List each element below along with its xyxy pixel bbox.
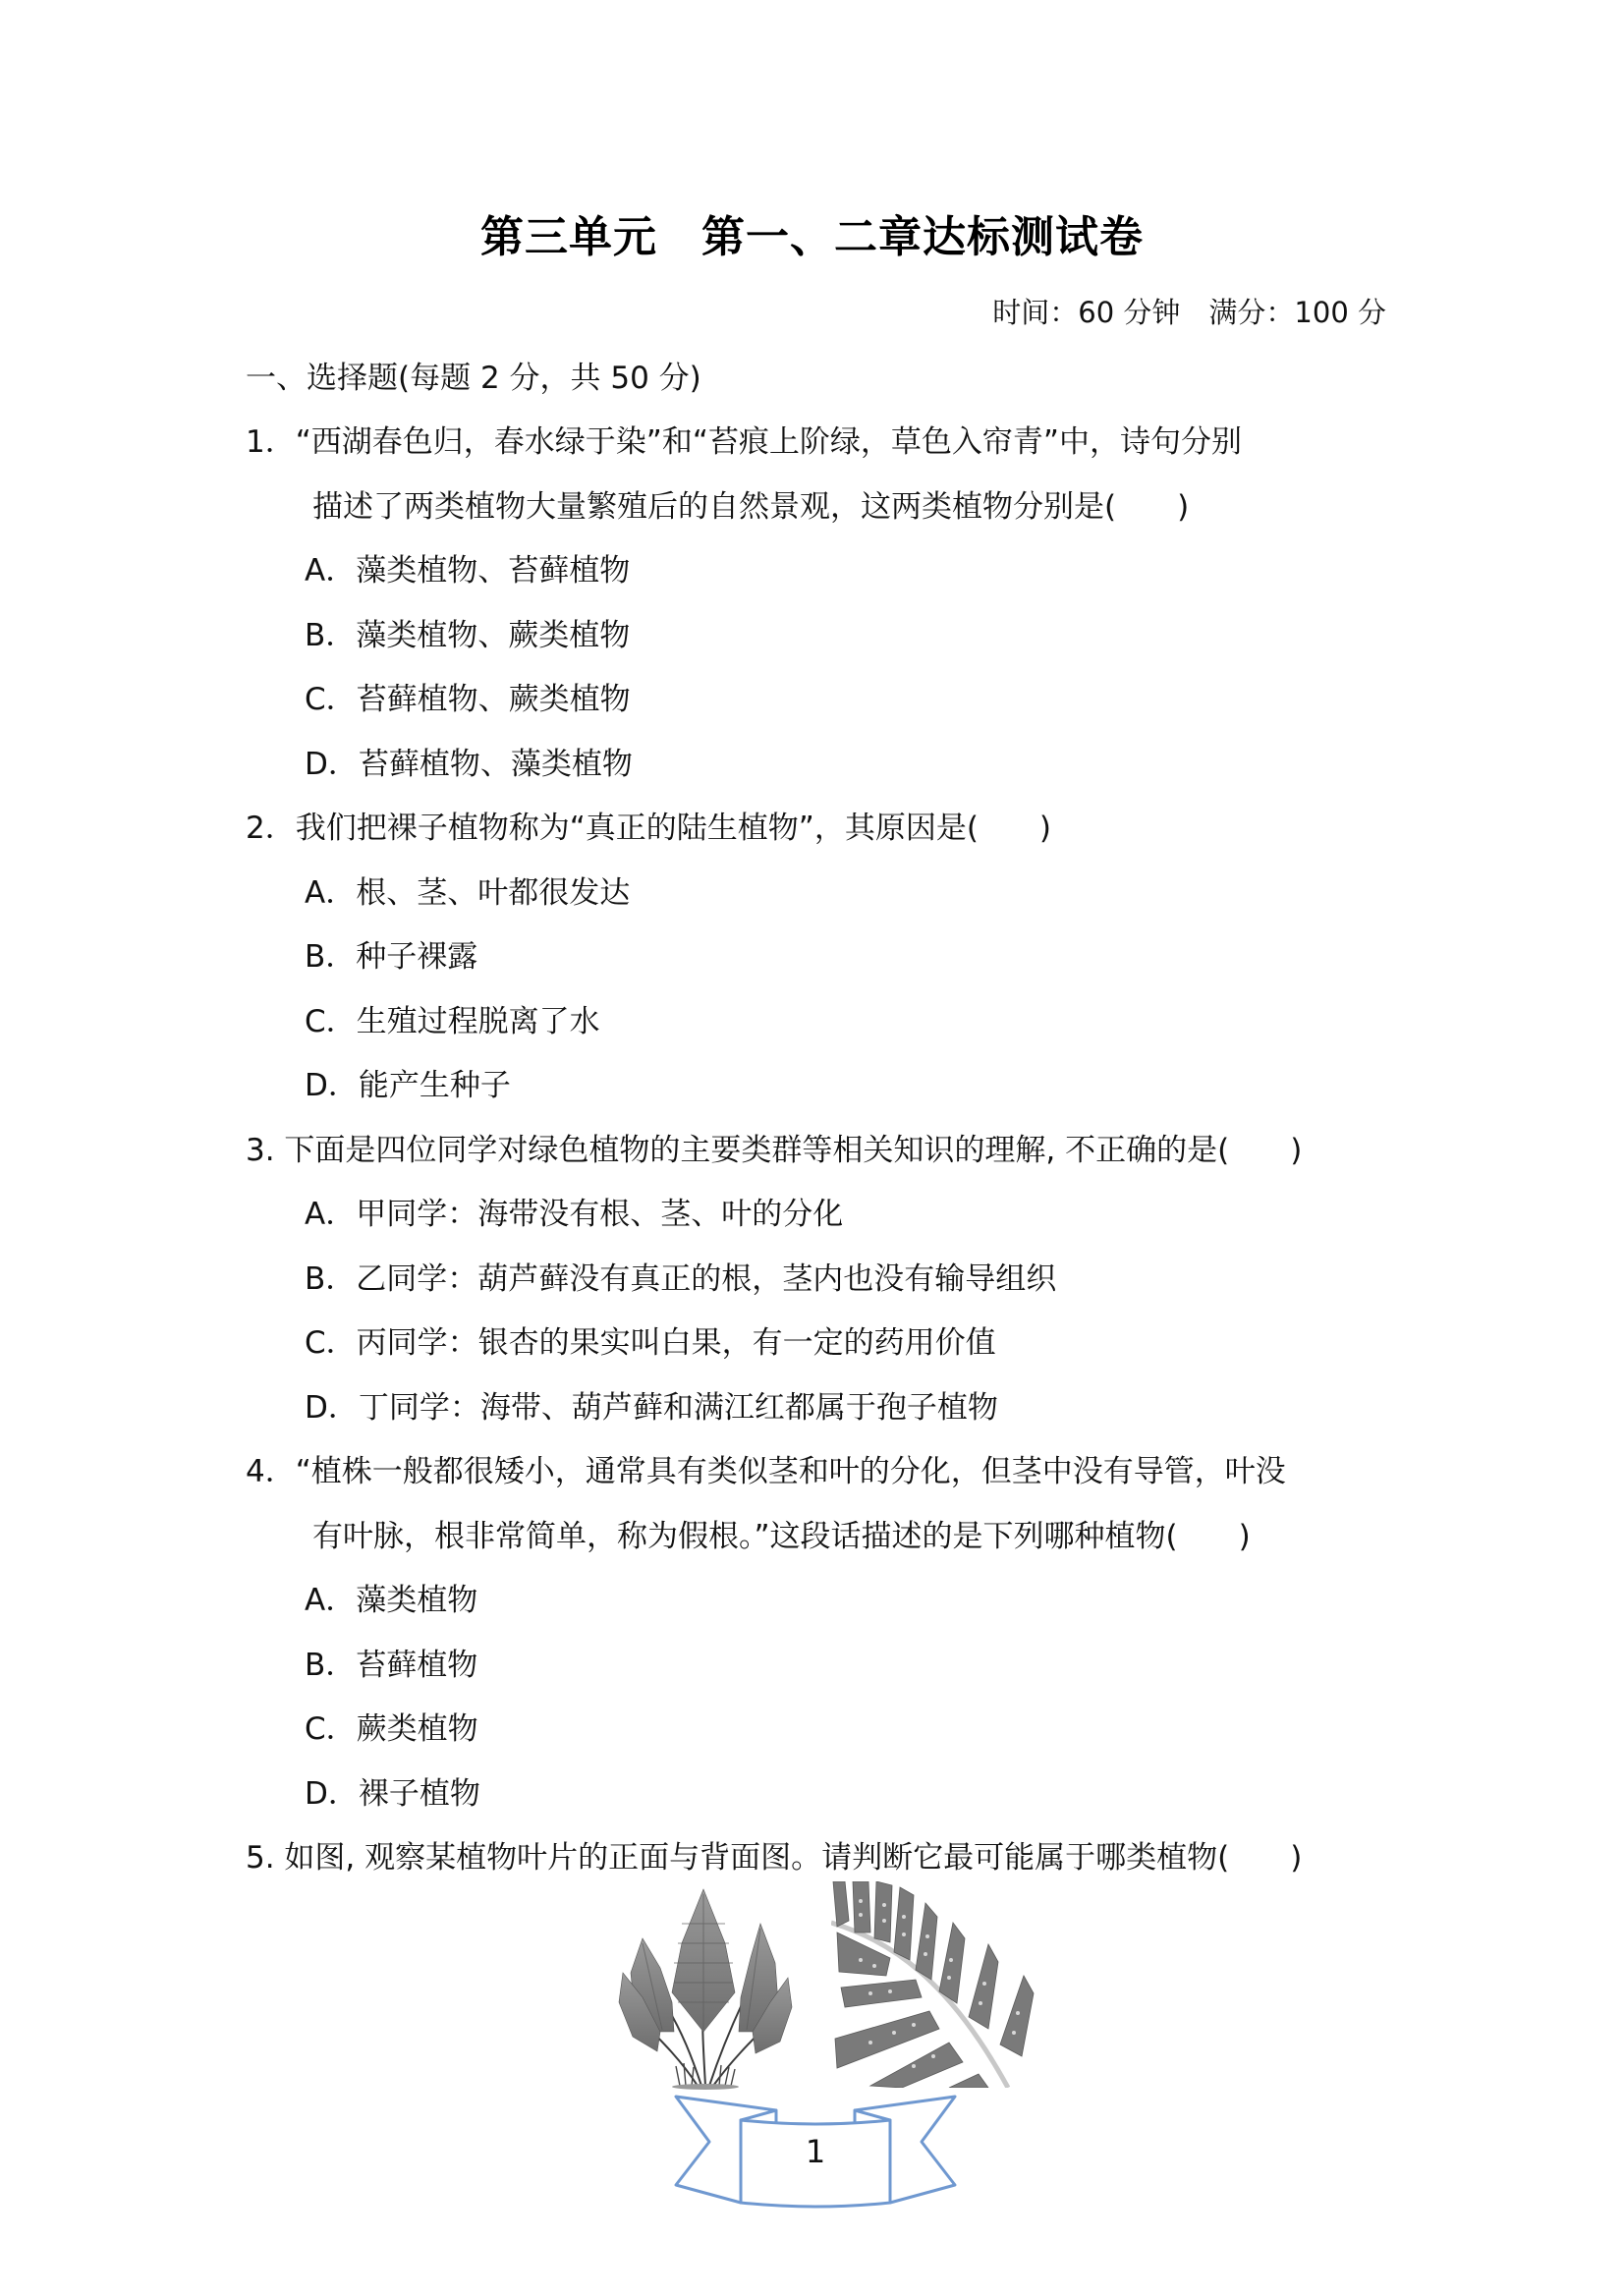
question-3-option-c[interactable]: C．丙同学：银杏的果实叫白果，有一定的药用价值 — [305, 1321, 996, 1365]
question-3-option-a[interactable]: A．甲同学：海带没有根、茎、叶的分化 — [305, 1193, 843, 1236]
question-1-option-d[interactable]: D．苔藓植物、藻类植物 — [305, 743, 633, 786]
question-2-option-a[interactable]: A．根、茎、叶都很发达 — [305, 871, 630, 915]
page-number: 1 — [670, 2132, 961, 2171]
question-2-option-d[interactable]: D．能产生种子 — [305, 1064, 511, 1107]
question-1-stem: 1．“西湖春色归，春水绿于染”和“苔痕上阶绿，草色入帘青”中，诗句分别 — [246, 420, 1242, 464]
fern-frond-icon — [831, 1881, 1063, 2088]
question-2-option-c[interactable]: C．生殖过程脱离了水 — [305, 1000, 600, 1043]
question-4-stem: 4．“植株一般都很矮小，通常具有类似茎和叶的分化，但茎中没有导管，叶没 — [246, 1450, 1286, 1493]
question-5-stem: 5. 如图, 观察某植物叶片的正面与背面图。请判断它最可能属于哪类植物( ) — [246, 1836, 1302, 1879]
question-4-option-d[interactable]: D．裸子植物 — [305, 1772, 480, 1816]
question-4-stem-cont: 有叶脉，根非常简单，称为假根。”这段话描述的是下列哪种植物( ) — [312, 1515, 1251, 1558]
question-3-option-d[interactable]: D．丁同学：海带、葫芦藓和满江红都属于孢子植物 — [305, 1386, 998, 1429]
question-1-stem-cont: 描述了两类植物大量繁殖后的自然景观，这两类植物分别是( ) — [312, 485, 1189, 529]
question-4-option-a[interactable]: A．藻类植物 — [305, 1579, 477, 1622]
question-2-option-b[interactable]: B．种子裸露 — [305, 935, 477, 979]
question-3-option-b[interactable]: B．乙同学：葫芦藓没有真正的根，茎内也没有输导组织 — [305, 1258, 1056, 1301]
question-4-option-b[interactable]: B．苔藓植物 — [305, 1644, 477, 1687]
exam-meta: 时间：60 分钟 满分：100 分 — [992, 293, 1386, 332]
page-title: 第三单元 第一、二章达标测试卷 — [0, 210, 1624, 265]
question-1-option-a[interactable]: A．藻类植物、苔藓植物 — [305, 549, 630, 592]
fern-frond-underside-image — [831, 1881, 1063, 2088]
fern-plant-image — [613, 1884, 798, 2091]
section-heading: 一、选择题(每题 2 分，共 50 分) — [246, 357, 701, 400]
question-4-option-c[interactable]: C．蕨类植物 — [305, 1708, 478, 1751]
question-1-option-b[interactable]: B．藻类植物、蕨类植物 — [305, 614, 630, 657]
question-1-option-c[interactable]: C．苔藓植物、蕨类植物 — [305, 678, 631, 721]
question-3-stem: 3. 下面是四位同学对绿色植物的主要类群等相关知识的理解, 不正确的是( ) — [246, 1129, 1302, 1172]
question-2-stem: 2．我们把裸子植物称为“真正的陆生植物”，其原因是( ) — [246, 807, 1051, 850]
fern-plant-icon — [613, 1884, 798, 2091]
